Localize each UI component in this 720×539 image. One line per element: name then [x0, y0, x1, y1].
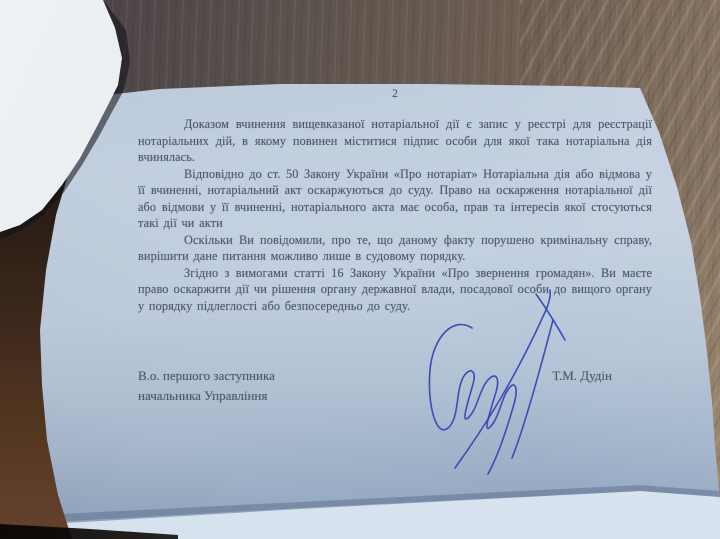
photo-canvas: 2 Доказом вчинення вищевказаної нотаріал…	[0, 0, 720, 539]
paragraph-3: Оскільки Ви повідомили, про те, що даном…	[138, 232, 652, 265]
paragraph-2: Відповідно до ст. 50 Закону України «Про…	[138, 166, 652, 232]
paragraph-1: Доказом вчинення вищевказаної нотаріальн…	[138, 116, 652, 166]
page-number: 2	[138, 88, 652, 104]
signature-ink	[400, 278, 580, 483]
signer-position-line1: В.о. першого заступника	[138, 366, 275, 386]
signer-position: В.о. першого заступника начальника Управ…	[138, 366, 275, 406]
signer-position-line2: начальника Управління	[138, 386, 275, 406]
